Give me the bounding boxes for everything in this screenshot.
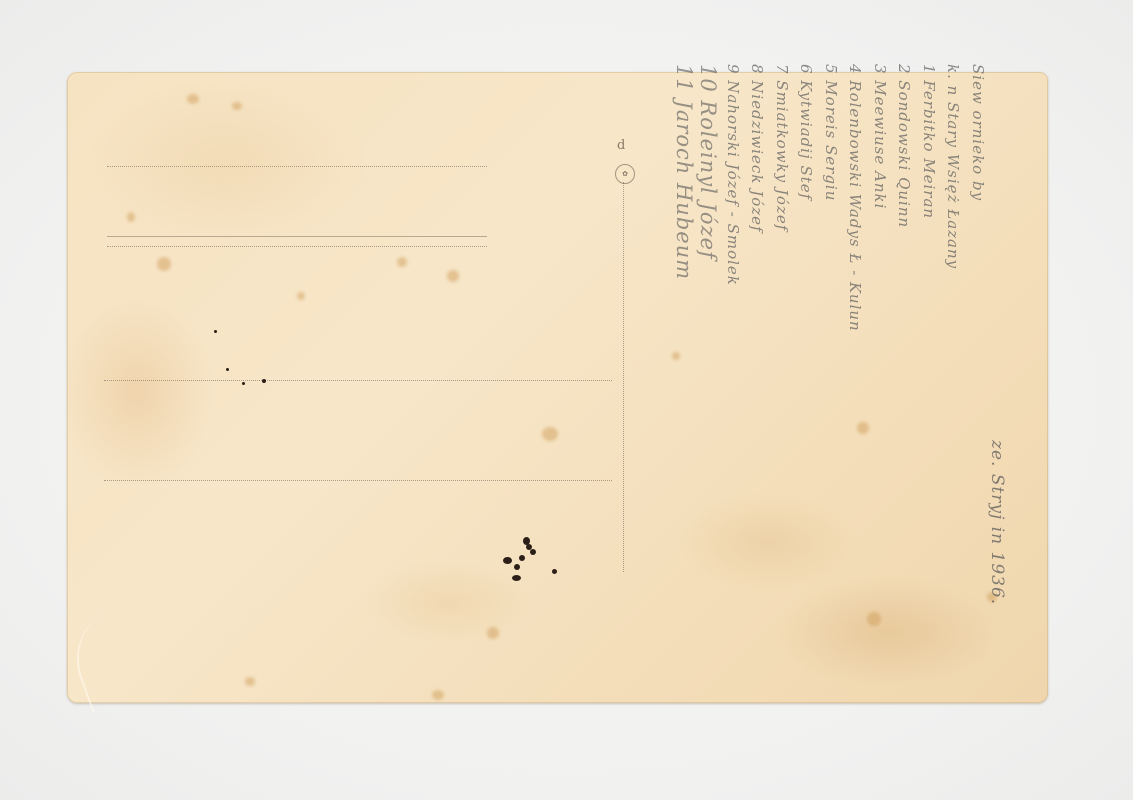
foxing-spot [542,427,558,441]
handwriting-line: 3 Meewiuse Anki [868,64,893,624]
ink-dot [226,368,229,371]
ink-dot [262,379,266,383]
ink-blot [519,555,525,561]
handwriting-line: 1 Ferbitko Meiran [917,64,942,624]
address-line-2 [107,236,487,237]
ink-blot [512,575,521,581]
foxing-spot [487,627,499,639]
photo-scene: d ✿ Siew ornieko by k. n Stary Wsięż Łaz… [0,0,1133,800]
handwriting-line: 4 Rolenbowski Wadys Ł - Kulun [843,64,868,624]
ink-blot [514,564,520,570]
handwriting-line: 9 Nahorski Józef - Smolek [721,64,746,624]
ink-blot [503,557,512,564]
address-line-2b [107,246,487,247]
foxing-spot [157,257,171,271]
handwritten-list: Siew ornieko by k. n Stary Wsięż Łazany … [672,64,991,624]
handwritten-date: ze. Stryj in 1936. [987,440,1007,605]
handwriting-line: 11 Jaroch Hubeum [672,64,697,624]
ink-dot [214,330,217,333]
handwriting-line: k. n Stary Wsięż Łazany [941,64,966,624]
handwriting-line: 7 Smiatkowky Józef [770,64,795,624]
foxing-spot [127,212,135,222]
handwriting-line: 5 Moreis Sergiu [819,64,844,624]
publisher-logo-icon: ✿ [615,164,635,184]
corner-crease [62,601,170,714]
address-line-1 [107,166,487,167]
ink-dot [242,382,245,385]
foxing-spot [297,292,305,300]
address-line-3 [104,380,612,381]
address-line-4 [104,480,612,481]
ink-blot [552,569,557,574]
foxing-spot [432,690,444,700]
foxing-spot [232,102,242,110]
handwriting-line: 6 Kytwiadij Stef [794,64,819,624]
foxing-spot [447,270,459,282]
foxing-spot [245,677,255,686]
ink-blot [530,549,536,555]
publisher-mark: d [617,138,625,153]
foxing-spot [187,94,199,104]
handwriting-line: 8 Niedziwieck Józef [745,64,770,624]
handwriting-line: 10 Roleinyl Józef [696,64,721,624]
handwriting-line: 2 Sondowski Quinn [892,64,917,624]
foxing-spot [397,257,407,267]
center-divider [623,182,624,572]
